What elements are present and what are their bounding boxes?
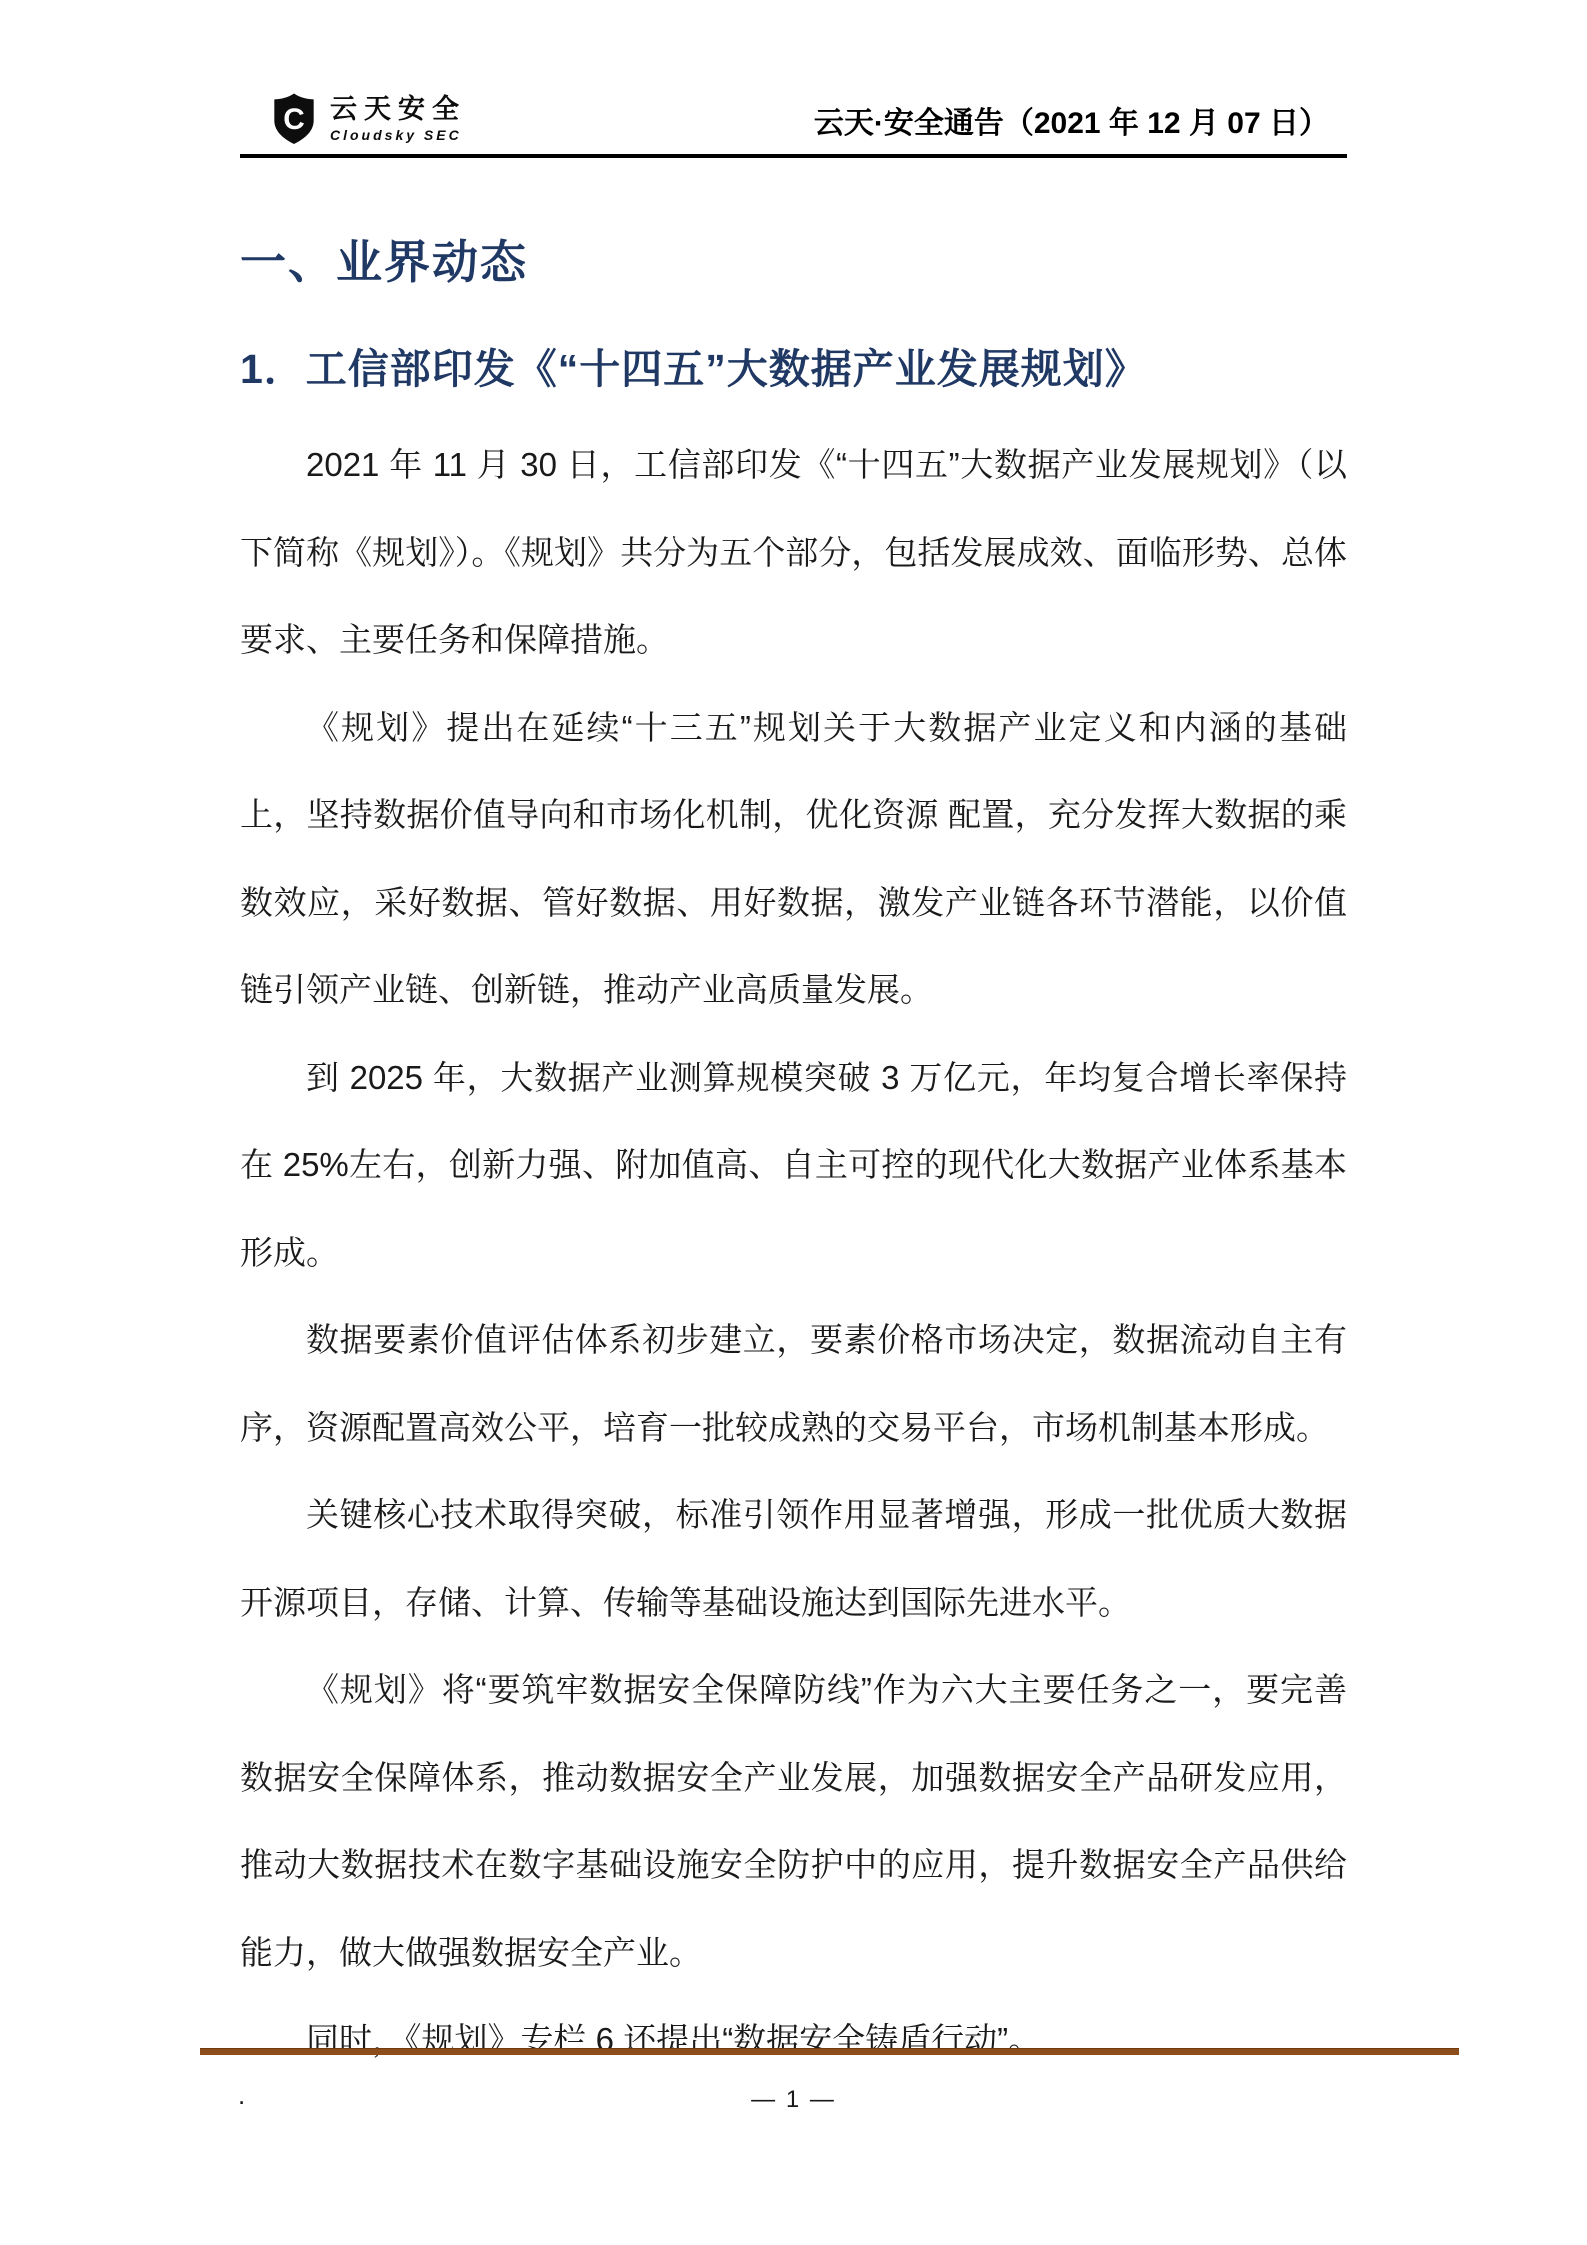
page-number: — 1 — bbox=[0, 2086, 1587, 2114]
document-body: 一、业界动态 1．工信部印发《“十四五”大数据产业发展规划》 2021 年 11… bbox=[240, 226, 1347, 2084]
paragraph: 关键核心技术取得突破，标准引领作用显著增强，形成一批优质大数据开源项目，存储、计… bbox=[240, 1471, 1347, 1646]
paragraph: 《规划》将“要筑牢数据安全保障防线”作为六大主要任务之一，要完善数据安全保障体系… bbox=[240, 1646, 1347, 1996]
paragraph: 2021 年 11 月 30 日，工信部印发《“十四五”大数据产业发展规划》（以… bbox=[240, 421, 1347, 684]
brand-name-cn: 云天安全 bbox=[330, 96, 466, 123]
footer-rule bbox=[200, 2048, 1459, 2055]
brand-text: 云天安全 Cloudsky SEC bbox=[330, 96, 466, 142]
paragraph: 同时，《规划》专栏 6 还提出“数据安全铸盾行动”。 bbox=[240, 1996, 1347, 2084]
section-heading: 一、业界动态 bbox=[240, 226, 1347, 292]
paragraph: 到 2025 年，大数据产业测算规模突破 3 万亿元，年均复合增长率保持在 25… bbox=[240, 1034, 1347, 1297]
cloudsky-shield-c-icon: C bbox=[270, 92, 318, 146]
paragraph: 数据要素价值评估体系初步建立，要素价格市场决定，数据流动自主有序，资源配置高效公… bbox=[240, 1296, 1347, 1471]
paragraph: 《规划》提出在延续“十三五”规划关于大数据产业定义和内涵的基础上，坚持数据价值导… bbox=[240, 684, 1347, 1034]
brand-logo: C 云天安全 Cloudsky SEC bbox=[270, 92, 466, 146]
article-heading: 1．工信部印发《“十四五”大数据产业发展规划》 bbox=[240, 336, 1347, 395]
page-header: C 云天安全 Cloudsky SEC 云天·安全通告（2021 年 12 月 … bbox=[240, 0, 1347, 146]
brand-name-en: Cloudsky SEC bbox=[330, 128, 466, 142]
svg-text:C: C bbox=[283, 103, 305, 136]
header-rule bbox=[240, 154, 1347, 158]
article-body: 2021 年 11 月 30 日，工信部印发《“十四五”大数据产业发展规划》（以… bbox=[240, 421, 1347, 2084]
document-page: C 云天安全 Cloudsky SEC 云天·安全通告（2021 年 12 月 … bbox=[0, 0, 1587, 2245]
bulletin-title: 云天·安全通告（2021 年 12 月 07 日） bbox=[814, 98, 1329, 146]
